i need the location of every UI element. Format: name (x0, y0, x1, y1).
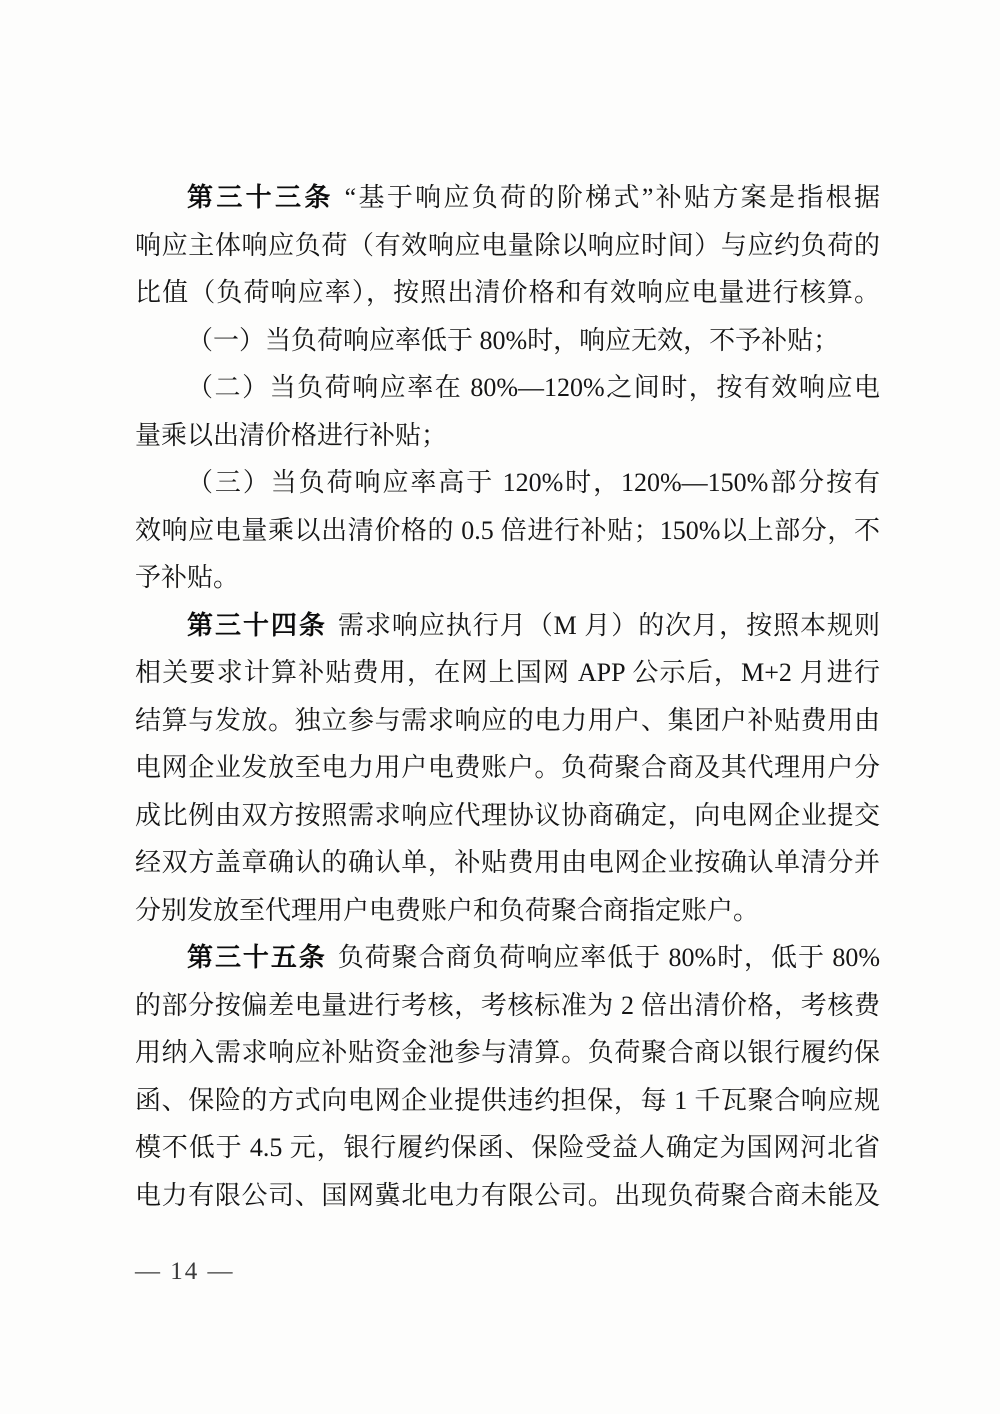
line-text: （一）当负荷响应率低于 80%时，响应无效，不予补贴； (187, 326, 839, 355)
text-line: （二）当负荷响应率在 80%—120%之间时，按有效响应电 (135, 364, 880, 412)
line-text: 的部分按偏差电量进行考核，考核标准为 2 倍出清价格，考核费 (135, 991, 880, 1020)
line-text: 函、保险的方式向电网企业提供违约担保，每 1 千瓦聚合响应规 (135, 1086, 880, 1115)
text-line: 第三十三条“基于响应负荷的阶梯式”补贴方案是指根据 (135, 174, 880, 222)
line-text: 比值（负荷响应率），按照出清价格和有效响应电量进行核算。 (135, 278, 880, 307)
line-text: 电力有限公司、国网冀北电力有限公司。出现负荷聚合商未能及 (135, 1181, 880, 1210)
text-line: 予补贴。 (135, 554, 880, 602)
article-heading-33: 第三十三条 (187, 182, 334, 212)
text-line: 函、保险的方式向电网企业提供违约担保，每 1 千瓦聚合响应规 (135, 1077, 880, 1125)
document-page: 第三十三条“基于响应负荷的阶梯式”补贴方案是指根据 响应主体响应负荷（有效响应电… (0, 0, 1000, 1414)
line-text: 效响应电量乘以出清价格的 0.5 倍进行补贴；150%以上部分，不 (135, 516, 880, 545)
text-line: 经双方盖章确认的确认单，补贴费用由电网企业按确认单清分并 (135, 839, 880, 887)
text-line: 的部分按偏差电量进行考核，考核标准为 2 倍出清价格，考核费 (135, 982, 880, 1030)
text-line: （三）当负荷响应率高于 120%时，120%—150%部分按有 (135, 459, 880, 507)
text-line: 响应主体响应负荷（有效响应电量除以响应时间）与应约负荷的 (135, 222, 880, 270)
line-text: 响应主体响应负荷（有效响应电量除以响应时间）与应约负荷的 (135, 231, 880, 260)
line-text: 电网企业发放至电力用户电费账户。负荷聚合商及其代理用户分 (135, 753, 880, 782)
line-text: 结算与发放。独立参与需求响应的电力用户、集团户补贴费用由 (135, 706, 880, 735)
text-line: 成比例由双方按照需求响应代理协议协商确定，向电网企业提交 (135, 792, 880, 840)
text-line: 电网企业发放至电力用户电费账户。负荷聚合商及其代理用户分 (135, 744, 880, 792)
line-text: “基于响应负荷的阶梯式”补贴方案是指根据 (345, 183, 880, 212)
line-text: （二）当负荷响应率在 80%—120%之间时，按有效响应电 (187, 373, 880, 402)
page-number: — 14 — (135, 1256, 235, 1288)
text-line: 结算与发放。独立参与需求响应的电力用户、集团户补贴费用由 (135, 697, 880, 745)
line-text: 相关要求计算补贴费用，在网上国网 APP 公示后，M+2 月进行 (135, 658, 880, 687)
line-text: 量乘以出清价格进行补贴； (135, 421, 447, 450)
document-body: 第三十三条“基于响应负荷的阶梯式”补贴方案是指根据 响应主体响应负荷（有效响应电… (135, 174, 880, 1219)
text-line: 第三十五条负荷聚合商负荷响应率低于 80%时，低于 80% (135, 934, 880, 982)
text-line: 比值（负荷响应率），按照出清价格和有效响应电量进行核算。 (135, 269, 880, 317)
line-text: 分别发放至代理用户电费账户和负荷聚合商指定账户。 (135, 896, 759, 925)
article-heading-34: 第三十四条 (187, 610, 327, 640)
line-text: 成比例由双方按照需求响应代理协议协商确定，向电网企业提交 (135, 801, 880, 830)
line-text: （三）当负荷响应率高于 120%时，120%—150%部分按有 (187, 468, 880, 497)
text-line: 第三十四条需求响应执行月（M 月）的次月，按照本规则 (135, 602, 880, 650)
article-heading-35: 第三十五条 (187, 942, 327, 972)
line-text: 用纳入需求响应补贴资金池参与清算。负荷聚合商以银行履约保 (135, 1038, 880, 1067)
text-line: 效响应电量乘以出清价格的 0.5 倍进行补贴；150%以上部分，不 (135, 507, 880, 555)
text-line: 量乘以出清价格进行补贴； (135, 412, 880, 460)
text-line: 模不低于 4.5 元，银行履约保函、保险受益人确定为国网河北省 (135, 1124, 880, 1172)
text-line: 电力有限公司、国网冀北电力有限公司。出现负荷聚合商未能及 (135, 1172, 880, 1220)
text-line: 用纳入需求响应补贴资金池参与清算。负荷聚合商以银行履约保 (135, 1029, 880, 1077)
line-text: 予补贴。 (135, 563, 239, 592)
line-text: 需求响应执行月（M 月）的次月，按照本规则 (338, 611, 880, 640)
text-line: 分别发放至代理用户电费账户和负荷聚合商指定账户。 (135, 887, 880, 935)
line-text: 经双方盖章确认的确认单，补贴费用由电网企业按确认单清分并 (135, 848, 880, 877)
line-text: 负荷聚合商负荷响应率低于 80%时，低于 80% (338, 943, 880, 972)
line-text: 模不低于 4.5 元，银行履约保函、保险受益人确定为国网河北省 (135, 1133, 880, 1162)
text-line: （一）当负荷响应率低于 80%时，响应无效，不予补贴； (135, 317, 880, 365)
text-line: 相关要求计算补贴费用，在网上国网 APP 公示后，M+2 月进行 (135, 649, 880, 697)
